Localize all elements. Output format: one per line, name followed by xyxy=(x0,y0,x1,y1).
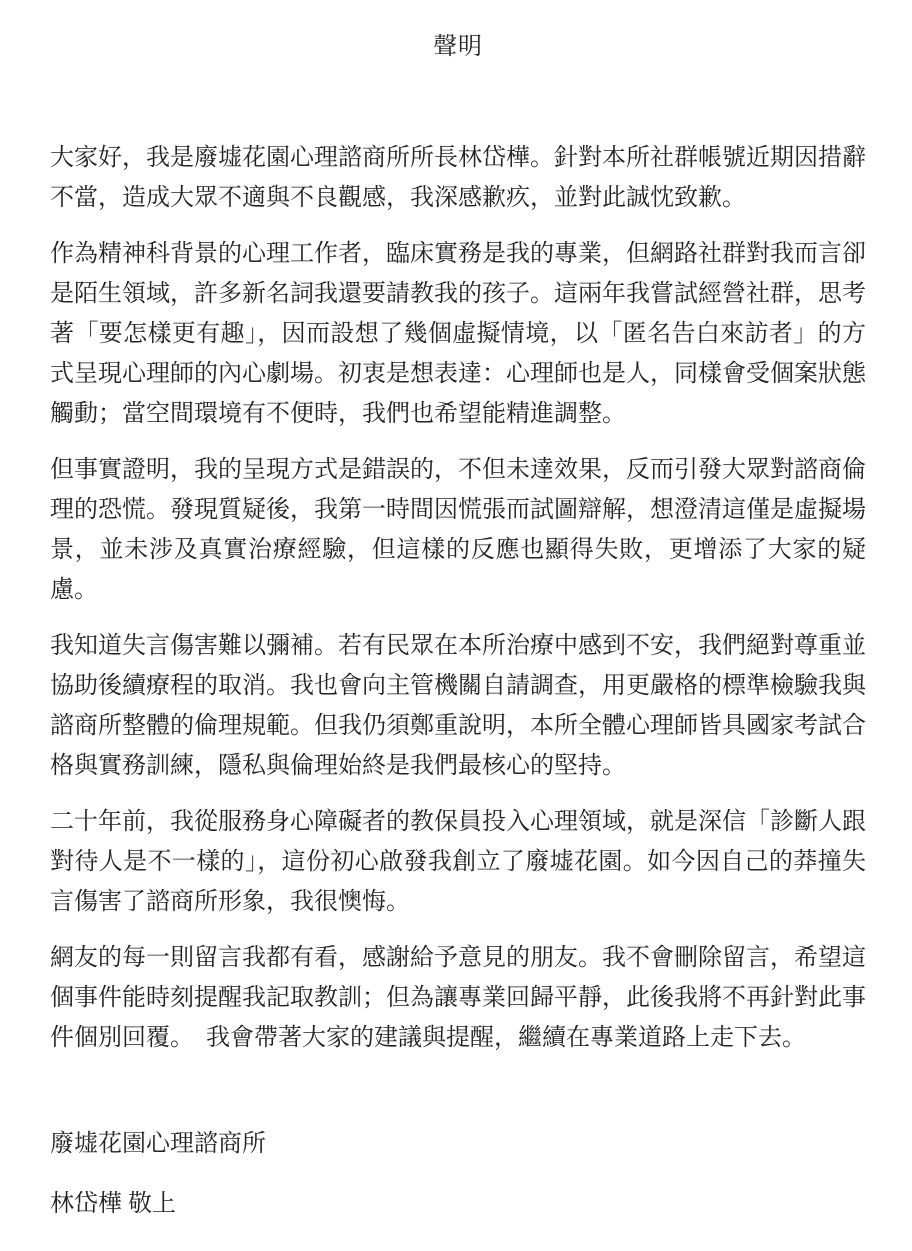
statement-page: 聲明 大家好，我是廢墟花園心理諮商所所長林岱樺。針對本所社群帳號近期因措辭不當，… xyxy=(0,0,912,1251)
statement-paragraph-2: 作為精神科背景的心理工作者，臨床實務是我的專業，但網路社群對我而言卻是陌生領域，… xyxy=(50,234,866,434)
statement-paragraph-4: 我知道失言傷害難以彌補。若有民眾在本所治療中感到不安，我們絕對尊重並協助後續療程… xyxy=(50,626,866,786)
signature-block: 廢墟花園心理諮商所 林岱樺 敬上 xyxy=(50,1124,866,1224)
statement-title: 聲明 xyxy=(50,27,866,67)
statement-paragraph-1: 大家好，我是廢墟花園心理諮商所所長林岱樺。針對本所社群帳號近期因措辭不當，造成大… xyxy=(50,138,866,218)
statement-paragraph-5: 二十年前，我從服務身心障礙者的教保員投入心理領域，就是深信「診斷人跟對待人是不一… xyxy=(50,802,866,922)
statement-paragraph-6: 網友的每一則留言我都有看，感謝給予意見的朋友。我不會刪除留言，希望這個事件能時刻… xyxy=(50,938,866,1058)
signature-organization: 廢墟花園心理諮商所 xyxy=(50,1124,866,1164)
signature-name: 林岱樺 敬上 xyxy=(50,1184,866,1224)
statement-paragraph-3: 但事實證明，我的呈現方式是錯誤的，不但未達效果，反而引發大眾對諮商倫理的恐慌。發… xyxy=(50,450,866,610)
